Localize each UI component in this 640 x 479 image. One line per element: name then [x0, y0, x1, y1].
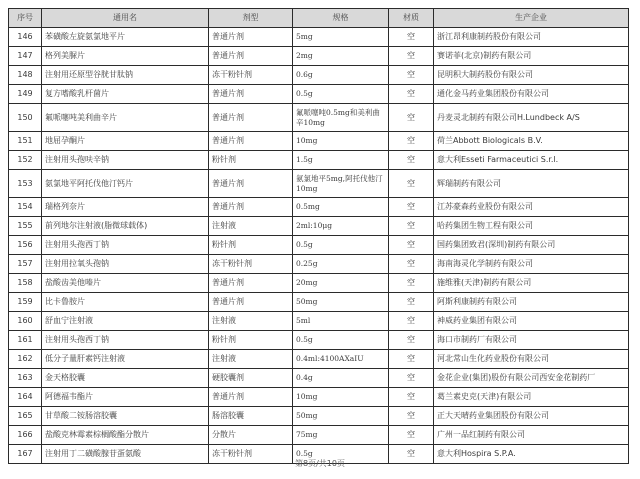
cell-no: 154 [9, 198, 42, 217]
cell-manufacturer: 河北常山生化药业股份有限公司 [434, 350, 629, 369]
cell-no: 152 [9, 151, 42, 170]
cell-no: 147 [9, 47, 42, 66]
cell-manufacturer: 哈药集团生物工程有限公司 [434, 217, 629, 236]
cell-manufacturer: 正大天晴药业集团股份有限公司 [434, 407, 629, 426]
cell-specification: 氨氯地平5mg,阿托伐他汀10mg [293, 170, 389, 198]
table-header-row: 序号 通用名 剂型 规格 材质 生产企业 [9, 9, 629, 28]
header-specification: 规格 [293, 9, 389, 28]
table-row: 157注射用拉氧头孢钠冻干粉针剂0.25g空海南海灵化学制药有限公司 [9, 255, 629, 274]
table-row: 152注射用头孢呋辛钠粉针剂1.5g空意大利Esseti Farmaceutic… [9, 151, 629, 170]
cell-specification: 50mg [293, 293, 389, 312]
cell-generic-name: 注射用拉氧头孢钠 [42, 255, 209, 274]
cell-material: 空 [389, 85, 434, 104]
cell-manufacturer: 施维雅(天津)制药有限公司 [434, 274, 629, 293]
cell-manufacturer: 国药集团致君(深圳)制药有限公司 [434, 236, 629, 255]
cell-specification: 0.25g [293, 255, 389, 274]
table-row: 147格列美脲片普通片剂2mg空赛诺菲(北京)制药有限公司 [9, 47, 629, 66]
cell-material: 空 [389, 132, 434, 151]
cell-material: 空 [389, 28, 434, 47]
cell-dosage-form: 普通片剂 [209, 198, 293, 217]
cell-manufacturer: 赛诺菲(北京)制药有限公司 [434, 47, 629, 66]
drug-list-table-container: 序号 通用名 剂型 规格 材质 生产企业 146苯磺酸左旋氨氯地平片普通片剂5m… [8, 8, 628, 464]
cell-dosage-form: 肠溶胶囊 [209, 407, 293, 426]
cell-dosage-form: 分散片 [209, 426, 293, 445]
cell-dosage-form: 粉针剂 [209, 236, 293, 255]
table-row: 149复方嗜酸乳杆菌片普通片剂0.5g空通化金马药业集团股份有限公司 [9, 85, 629, 104]
cell-no: 149 [9, 85, 42, 104]
cell-material: 空 [389, 407, 434, 426]
cell-no: 146 [9, 28, 42, 47]
cell-generic-name: 盐酸齿美他嗪片 [42, 274, 209, 293]
cell-no: 151 [9, 132, 42, 151]
cell-specification: 5ml [293, 312, 389, 331]
table-row: 164阿德福韦酯片普通片剂10mg空葛兰素史克(天津)有限公司 [9, 388, 629, 407]
cell-specification: 0.5mg [293, 198, 389, 217]
table-row: 148注射用还原型谷胱甘肽钠冻干粉针剂0.6g空昆明积大制药股份有限公司 [9, 66, 629, 85]
cell-no: 153 [9, 170, 42, 198]
cell-generic-name: 注射用头孢西丁钠 [42, 331, 209, 350]
cell-generic-name: 甘草酸二铵肠溶胶囊 [42, 407, 209, 426]
cell-specification: 0.5g [293, 331, 389, 350]
cell-dosage-form: 硬胶囊剂 [209, 369, 293, 388]
table-row: 151地屈孕酮片普通片剂10mg空荷兰Abbott Biologicals B.… [9, 132, 629, 151]
cell-specification: 5mg [293, 28, 389, 47]
cell-specification: 2ml:10μg [293, 217, 389, 236]
cell-no: 155 [9, 217, 42, 236]
cell-dosage-form: 注射液 [209, 350, 293, 369]
cell-material: 空 [389, 426, 434, 445]
cell-no: 150 [9, 104, 42, 132]
cell-dosage-form: 注射液 [209, 312, 293, 331]
table-row: 154瑞格列奈片普通片剂0.5mg空江苏豪森药业股份有限公司 [9, 198, 629, 217]
cell-generic-name: 低分子量肝素钙注射液 [42, 350, 209, 369]
cell-generic-name: 氟哌噻吨美利曲辛片 [42, 104, 209, 132]
cell-material: 空 [389, 104, 434, 132]
cell-material: 空 [389, 66, 434, 85]
cell-no: 164 [9, 388, 42, 407]
cell-specification: 0.4g [293, 369, 389, 388]
cell-generic-name: 格列美脲片 [42, 47, 209, 66]
cell-generic-name: 注射用头孢西丁钠 [42, 236, 209, 255]
cell-generic-name: 氨氯地平阿托伐他汀钙片 [42, 170, 209, 198]
cell-generic-name: 地屈孕酮片 [42, 132, 209, 151]
cell-material: 空 [389, 47, 434, 66]
cell-generic-name: 比卡鲁胺片 [42, 293, 209, 312]
cell-material: 空 [389, 331, 434, 350]
page-indicator: 第8页/共10页 [0, 458, 640, 469]
cell-no: 159 [9, 293, 42, 312]
cell-material: 空 [389, 293, 434, 312]
cell-generic-name: 注射用还原型谷胱甘肽钠 [42, 66, 209, 85]
cell-dosage-form: 冻干粉针剂 [209, 66, 293, 85]
table-row: 165甘草酸二铵肠溶胶囊肠溶胶囊50mg空正大天晴药业集团股份有限公司 [9, 407, 629, 426]
cell-material: 空 [389, 350, 434, 369]
cell-manufacturer: 丹麦灵北制药有限公司H.Lundbeck A/S [434, 104, 629, 132]
header-dosage-form: 剂型 [209, 9, 293, 28]
cell-manufacturer: 葛兰素史克(天津)有限公司 [434, 388, 629, 407]
table-row: 160舒血宁注射液注射液5ml空神威药业集团有限公司 [9, 312, 629, 331]
cell-manufacturer: 辉瑞制药有限公司 [434, 170, 629, 198]
cell-material: 空 [389, 369, 434, 388]
cell-dosage-form: 普通片剂 [209, 104, 293, 132]
cell-no: 161 [9, 331, 42, 350]
table-row: 153氨氯地平阿托伐他汀钙片普通片剂氨氯地平5mg,阿托伐他汀10mg空辉瑞制药… [9, 170, 629, 198]
cell-dosage-form: 普通片剂 [209, 274, 293, 293]
cell-material: 空 [389, 255, 434, 274]
cell-specification: 10mg [293, 388, 389, 407]
cell-specification: 75mg [293, 426, 389, 445]
cell-specification: 50mg [293, 407, 389, 426]
cell-dosage-form: 普通片剂 [209, 47, 293, 66]
cell-material: 空 [389, 198, 434, 217]
cell-specification: 0.4ml:4100AXaIU [293, 350, 389, 369]
cell-material: 空 [389, 388, 434, 407]
cell-dosage-form: 普通片剂 [209, 28, 293, 47]
table-row: 146苯磺酸左旋氨氯地平片普通片剂5mg空浙江昂利康制药股份有限公司 [9, 28, 629, 47]
cell-dosage-form: 普通片剂 [209, 388, 293, 407]
cell-manufacturer: 广州一品红制药有限公司 [434, 426, 629, 445]
table-row: 150氟哌噻吨美利曲辛片普通片剂氟哌噻吨0.5mg和美利曲辛10mg空丹麦灵北制… [9, 104, 629, 132]
table-row: 162低分子量肝素钙注射液注射液0.4ml:4100AXaIU空河北常山生化药业… [9, 350, 629, 369]
cell-specification: 2mg [293, 47, 389, 66]
header-manufacturer: 生产企业 [434, 9, 629, 28]
cell-generic-name: 苯磺酸左旋氨氯地平片 [42, 28, 209, 47]
cell-specification: 20mg [293, 274, 389, 293]
cell-material: 空 [389, 151, 434, 170]
cell-manufacturer: 海口市制药厂有限公司 [434, 331, 629, 350]
table-row: 163金天格胶囊硬胶囊剂0.4g空金花企业(集团)股份有限公司西安金花制药厂 [9, 369, 629, 388]
cell-no: 162 [9, 350, 42, 369]
cell-material: 空 [389, 236, 434, 255]
table-row: 155前列地尔注射液(脂微球载体)注射液2ml:10μg空哈药集团生物工程有限公… [9, 217, 629, 236]
cell-specification: 0.5g [293, 236, 389, 255]
cell-material: 空 [389, 274, 434, 293]
cell-manufacturer: 金花企业(集团)股份有限公司西安金花制药厂 [434, 369, 629, 388]
cell-no: 157 [9, 255, 42, 274]
table-row: 156注射用头孢西丁钠粉针剂0.5g空国药集团致君(深圳)制药有限公司 [9, 236, 629, 255]
cell-material: 空 [389, 217, 434, 236]
cell-no: 160 [9, 312, 42, 331]
cell-dosage-form: 普通片剂 [209, 132, 293, 151]
cell-manufacturer: 浙江昂利康制药股份有限公司 [434, 28, 629, 47]
cell-no: 163 [9, 369, 42, 388]
cell-dosage-form: 粉针剂 [209, 151, 293, 170]
cell-specification: 氟哌噻吨0.5mg和美利曲辛10mg [293, 104, 389, 132]
cell-specification: 1.5g [293, 151, 389, 170]
cell-dosage-form: 普通片剂 [209, 170, 293, 198]
cell-manufacturer: 神威药业集团有限公司 [434, 312, 629, 331]
cell-manufacturer: 荷兰Abbott Biologicals B.V. [434, 132, 629, 151]
cell-generic-name: 瑞格列奈片 [42, 198, 209, 217]
header-generic-name: 通用名 [42, 9, 209, 28]
cell-manufacturer: 通化金马药业集团股份有限公司 [434, 85, 629, 104]
cell-no: 156 [9, 236, 42, 255]
cell-manufacturer: 意大利Esseti Farmaceutici S.r.l. [434, 151, 629, 170]
table-row: 159比卡鲁胺片普通片剂50mg空阿斯利康制药有限公司 [9, 293, 629, 312]
drug-list-table: 序号 通用名 剂型 规格 材质 生产企业 146苯磺酸左旋氨氯地平片普通片剂5m… [8, 8, 629, 464]
cell-specification: 0.5g [293, 85, 389, 104]
cell-no: 166 [9, 426, 42, 445]
cell-material: 空 [389, 170, 434, 198]
cell-material: 空 [389, 312, 434, 331]
cell-no: 158 [9, 274, 42, 293]
cell-dosage-form: 普通片剂 [209, 85, 293, 104]
table-row: 158盐酸齿美他嗪片普通片剂20mg空施维雅(天津)制药有限公司 [9, 274, 629, 293]
table-row: 166盐酸克林霉素棕榈酸酯分散片分散片75mg空广州一品红制药有限公司 [9, 426, 629, 445]
cell-generic-name: 复方嗜酸乳杆菌片 [42, 85, 209, 104]
cell-manufacturer: 昆明积大制药股份有限公司 [434, 66, 629, 85]
cell-no: 148 [9, 66, 42, 85]
table-row: 161注射用头孢西丁钠粉针剂0.5g空海口市制药厂有限公司 [9, 331, 629, 350]
header-material: 材质 [389, 9, 434, 28]
cell-no: 165 [9, 407, 42, 426]
cell-manufacturer: 海南海灵化学制药有限公司 [434, 255, 629, 274]
cell-dosage-form: 冻干粉针剂 [209, 255, 293, 274]
cell-generic-name: 阿德福韦酯片 [42, 388, 209, 407]
cell-generic-name: 金天格胶囊 [42, 369, 209, 388]
header-no: 序号 [9, 9, 42, 28]
cell-manufacturer: 江苏豪森药业股份有限公司 [434, 198, 629, 217]
cell-dosage-form: 普通片剂 [209, 293, 293, 312]
table-body: 146苯磺酸左旋氨氯地平片普通片剂5mg空浙江昂利康制药股份有限公司147格列美… [9, 28, 629, 464]
cell-generic-name: 注射用头孢呋辛钠 [42, 151, 209, 170]
cell-generic-name: 前列地尔注射液(脂微球载体) [42, 217, 209, 236]
cell-specification: 10mg [293, 132, 389, 151]
cell-dosage-form: 粉针剂 [209, 331, 293, 350]
cell-manufacturer: 阿斯利康制药有限公司 [434, 293, 629, 312]
cell-generic-name: 盐酸克林霉素棕榈酸酯分散片 [42, 426, 209, 445]
cell-specification: 0.6g [293, 66, 389, 85]
cell-dosage-form: 注射液 [209, 217, 293, 236]
cell-generic-name: 舒血宁注射液 [42, 312, 209, 331]
